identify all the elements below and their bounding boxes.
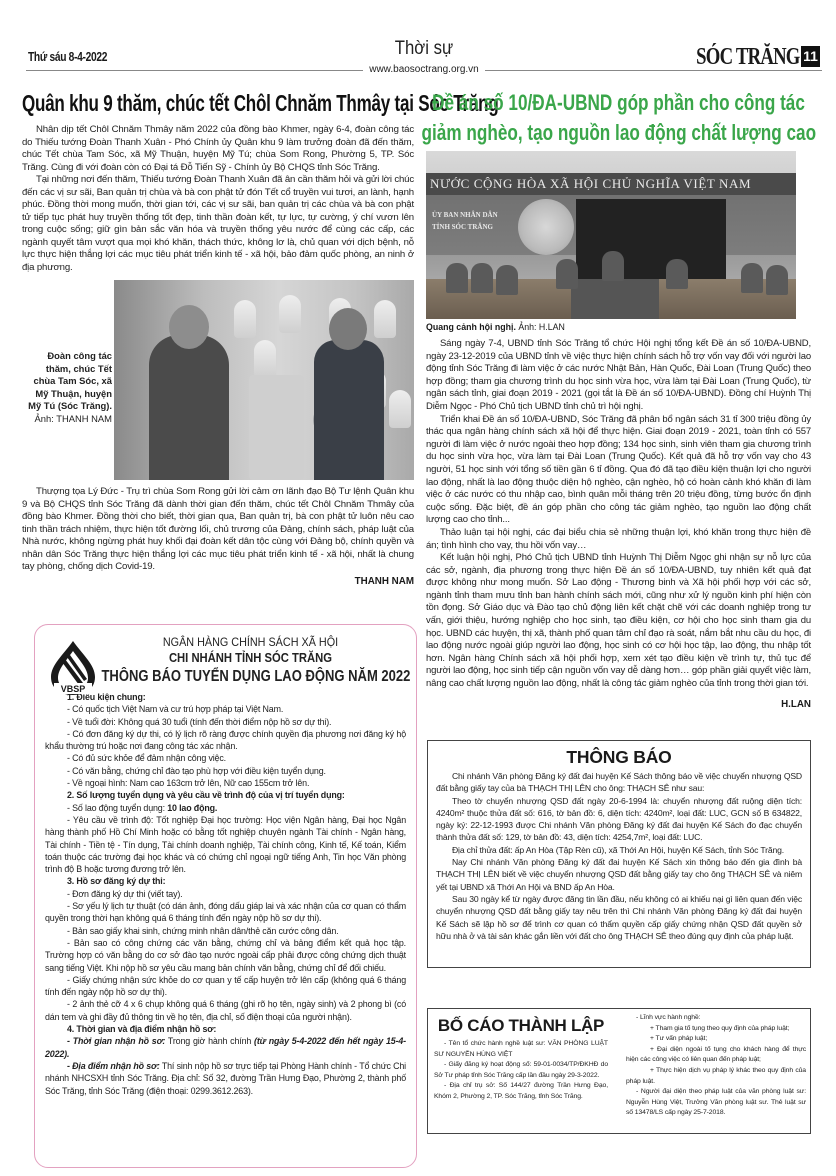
list-item: - 2 ảnh thẻ cỡ 4 x 6 chụp không quá 6 th…: [45, 998, 406, 1023]
vbsp-logo-icon: VBSP: [49, 639, 97, 697]
paragraph: Theo tờ chuyển nhượng QSD đất ngày 20-6-…: [436, 795, 802, 844]
land-transfer-notice: THÔNG BÁO Chi nhánh Văn phòng Đăng ký đấ…: [427, 740, 811, 968]
list-item: - Có quốc tịch Việt Nam và cư trú hợp ph…: [45, 703, 406, 715]
newspaper-brand: SÓC TRĂNG: [697, 44, 800, 71]
bank-name: NGÂN HÀNG CHÍNH SÁCH XÃ HỘI: [111, 635, 391, 650]
article-headline: Quân khu 9 thăm, chúc tết Chôl Chnăm Thm…: [22, 88, 407, 118]
list-item: - Địa điểm nhận hồ sơ: Thí sinh nộp hồ s…: [45, 1060, 406, 1097]
list-item: - Về tuổi đời: Không quá 30 tuổi (tính đ…: [45, 716, 406, 728]
article-military-visit: Quân khu 9 thăm, chúc tết Chôl Chnăm Thm…: [22, 88, 414, 587]
announcement-left-column: BỐ CÁO THÀNH LẬP - Tên tổ chức hành nghề…: [434, 1013, 608, 1103]
photo-figure: Đoàn công tác thăm, chúc Tết chùa Tam Só…: [22, 280, 414, 480]
paragraph: Thượng tọa Lý Đức - Trụ trì chùa Som Ron…: [22, 486, 414, 574]
photo-banner-text: NƯỚC CỘNG HÒA XÃ HỘI CHỦ NGHĨA VIỆT NAM: [426, 173, 796, 195]
list-item: - Bản sao có công chứng các văn bằng, ch…: [45, 937, 406, 974]
recruitment-header: NGÂN HÀNG CHÍNH SÁCH XÃ HỘI CHI NHÁNH TỈ…: [95, 635, 406, 687]
photo-caption: Quang cảnh hội nghị. Ảnh: H.LAN: [426, 321, 811, 333]
paragraph: Tại những nơi đến thăm, Thiếu tướng Đoàn…: [22, 174, 414, 274]
article-body: Nhân dịp tết Chôl Chnăm Thmây năm 2022 c…: [22, 124, 414, 274]
article-author: THANH NAM: [22, 576, 414, 587]
recruitment-title: THÔNG BÁO TUYỂN DỤNG LAO ĐỘNG NĂM 2022: [101, 667, 379, 687]
list-heading: - Lĩnh vực hành nghề:: [626, 1013, 806, 1024]
list-item: - Địa chỉ trụ sở: Số 144/27 đường Trần H…: [434, 1081, 608, 1102]
svg-text:VBSP: VBSP: [61, 684, 86, 694]
article-author: H.LAN: [426, 699, 811, 710]
section-title: Thời sự: [74, 38, 774, 60]
list-item: - Có văn bằng, chứng chỉ đào tạo phù hợp…: [45, 765, 406, 777]
branch-name: CHI NHÁNH TỈNH SÓC TRĂNG: [111, 650, 391, 667]
establishment-announcement: BỐ CÁO THÀNH LẬP - Tên tổ chức hành nghề…: [427, 1008, 811, 1134]
list-item: - Đơn đăng ký dự thi (viết tay).: [45, 888, 406, 900]
list-item: + Đại diện ngoài tố tụng cho khách hàng …: [626, 1045, 806, 1066]
recruit-count: 10 lao động.: [167, 803, 217, 813]
list-item: + Thực hiện dịch vụ pháp lý khác theo qu…: [626, 1066, 806, 1087]
list-item: - Yêu cầu về trình độ: Tốt nghiệp Đại họ…: [45, 814, 406, 875]
list-item: - Giấy chứng nhận sức khỏe do cơ quan y …: [45, 974, 406, 999]
article-headline: Đề án số 10/ĐA-UBND góp phần cho công tá…: [422, 88, 816, 148]
paragraph: Địa chỉ thửa đất: ấp An Hòa (Tập Rèn cũ)…: [436, 844, 802, 856]
recruitment-notice: VBSP NGÂN HÀNG CHÍNH SÁCH XÃ HỘI CHI NHÁ…: [34, 624, 417, 1168]
list-item: - Sơ yếu lý lịch tự thuật (có dán ảnh, đ…: [45, 900, 406, 925]
article-body: Sáng ngày 7-4, UBND tỉnh Sóc Trăng tổ ch…: [426, 338, 811, 691]
list-item: - Bản sao giấy khai sinh, chứng minh nhâ…: [45, 925, 406, 937]
paragraph: Sáng ngày 7-4, UBND tỉnh Sóc Trăng tổ ch…: [426, 338, 811, 414]
article-body-continued: Thượng tọa Lý Đức - Trụ trì chùa Som Ron…: [22, 486, 414, 574]
paragraph: Kết luận hội nghị, Phó Chủ tịch UBND tỉn…: [426, 552, 811, 691]
list-item: - Giấy đăng ký hoạt động số: 59-01-0034/…: [434, 1060, 608, 1081]
list-item: - Có đủ sức khỏe để đảm nhận công việc.: [45, 752, 406, 764]
list-item: - Thời gian nhận hồ sơ: Trong giờ hành c…: [45, 1035, 406, 1060]
paragraph: Chi nhánh Văn phòng Đăng ký đất đai huyệ…: [436, 770, 802, 795]
list-item: + Tư vấn pháp luật;: [626, 1034, 806, 1045]
photo-caption: Đoàn công tác thăm, chúc Tết chùa Tam Só…: [22, 350, 112, 425]
photo-credit: Ảnh: THANH NAM: [35, 413, 112, 424]
announcement-title: BỐ CÁO THÀNH LẬP: [434, 1013, 608, 1039]
section-heading: 4. Thời gian và địa điểm nhận hồ sơ:: [45, 1023, 406, 1035]
photo-credit: Ảnh: H.LAN: [516, 322, 565, 332]
photo-monk-and-officer: [114, 280, 414, 480]
paragraph: Thảo luận tại hội nghị, các đại biểu chi…: [426, 527, 811, 552]
section-heading: 3. Hồ sơ đăng ký dự thi:: [45, 875, 406, 887]
photo-conference: NƯỚC CỘNG HÒA XÃ HỘI CHỦ NGHĨA VIỆT NAM …: [426, 151, 796, 319]
notice-title: THÔNG BÁO: [436, 745, 802, 769]
list-item: + Tham gia tố tụng theo quy định của phá…: [626, 1024, 806, 1035]
page-number: 11: [801, 46, 820, 67]
list-item: - Tên tổ chức hành nghề luật sư: VĂN PHÒ…: [434, 1039, 608, 1060]
paragraph: Sau 30 ngày kể từ ngày được đăng tin lần…: [436, 893, 802, 942]
notice-body: Chi nhánh Văn phòng Đăng ký đất đai huyệ…: [436, 770, 802, 942]
list-item: - Có đơn đăng ký dự thi, có lý lịch rõ r…: [45, 728, 406, 753]
paragraph: Triển khai Đề án số 10/ĐA-UBND, Sóc Trăn…: [426, 414, 811, 527]
announcement-right-column: - Lĩnh vực hành nghề: + Tham gia tố tụng…: [626, 1013, 806, 1119]
recruitment-body: 1. Điều kiện chung: - Có quốc tịch Việt …: [45, 691, 406, 1097]
masthead: Thứ sáu 8-4-2022 Thời sự www.baosoctrang…: [26, 36, 822, 80]
representative: - Người đại diện theo pháp luật của văn …: [626, 1087, 806, 1119]
list-item: - Số lao động tuyển dụng: 10 lao động.: [45, 802, 406, 814]
article-project-10: Đề án số 10/ĐA-UBND góp phần cho công tá…: [426, 88, 811, 710]
section-heading: 1. Điều kiện chung:: [45, 691, 406, 703]
list-item: - Về ngoại hình: Nam cao 163cm trở lên, …: [45, 777, 406, 789]
section-heading: 2. Số lượng tuyển dụng và yêu cầu về trì…: [45, 789, 406, 801]
paragraph: Nay Chi nhánh Văn phòng Đăng ký đất đai …: [436, 856, 802, 893]
paragraph: Nhân dịp tết Chôl Chnăm Thmây năm 2022 c…: [22, 124, 414, 174]
